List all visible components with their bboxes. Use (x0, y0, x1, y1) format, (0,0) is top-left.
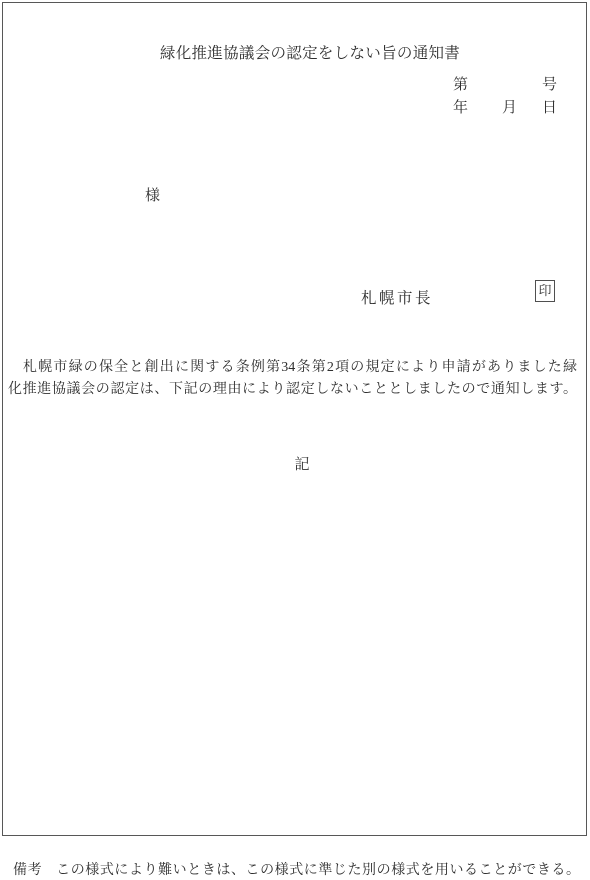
remarks-label: 備考 (13, 863, 42, 878)
document-title: 緑化推進協議会の認定をしない旨の通知書 (0, 41, 590, 63)
addressee-honorific: 様 (145, 189, 160, 204)
remarks-note: 備考この様式により難いときは、この様式に準じた別の様式を用いることができる。 (13, 859, 580, 879)
body-paragraph: 札幌市緑の保全と創出に関する条例第34条第2項の規定により申請がありました緑 化… (8, 357, 577, 400)
document-border (2, 2, 587, 836)
body-line-1: 札幌市緑の保全と創出に関する条例第34条第2項の規定により申請がありました緑 (8, 357, 577, 379)
date-year-label: 年 (453, 101, 468, 116)
seal-box: 印 (535, 280, 555, 302)
seal-mark: 印 (538, 283, 551, 298)
doc-number-prefix: 第 (453, 78, 468, 93)
section-marker-ki: 記 (0, 453, 590, 474)
remarks-text: この様式により難いときは、この様式に準じた別の様式を用いることができる。 (56, 863, 580, 878)
date-day-label: 日 (542, 101, 557, 116)
body-line-2: 化推進協議会の認定は、下記の理由により認定しないこととしましたので通知します。 (8, 379, 577, 401)
issuer-name: 札幌市長 (361, 286, 433, 308)
doc-number-suffix: 号 (542, 78, 557, 93)
notification-form-page: 緑化推進協議会の認定をしない旨の通知書 第 号 年 月 日 様 札幌市長 印 札… (0, 0, 590, 880)
date-month-label: 月 (502, 101, 517, 116)
